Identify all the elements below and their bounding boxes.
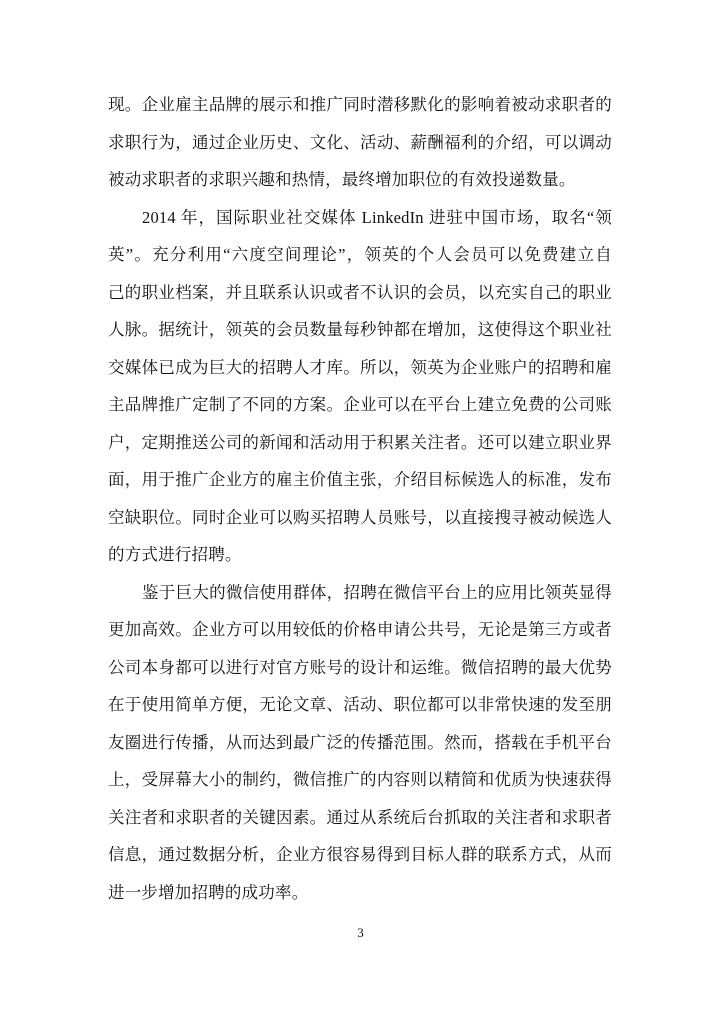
text-line: 空缺职位。同时企业可以购买招聘人员账号，以直接搜寻被动候选人 — [108, 499, 612, 537]
text-line: 2014 年，国际职业社交媒体 LinkedIn 进驻中国市场，取名“领 — [108, 199, 612, 237]
text-line: 现。企业雇主品牌的展示和推广同时潜移默化的影响着被动求职者的 — [108, 86, 612, 124]
text-line: 主品牌推广定制了不同的方案。企业可以在平台上建立免费的公司账 — [108, 386, 612, 424]
text-line: 的方式进行招聘。 — [108, 536, 612, 574]
text-line: 英”。充分利用“六度空间理论”，领英的个人会员可以免费建立自 — [108, 236, 612, 274]
text-line: 上，受屏幕大小的制约，微信推广的内容则以精简和优质为快速获得 — [108, 761, 612, 799]
page-number: 3 — [0, 924, 721, 942]
text-line: 更加高效。企业方可以用较低的价格申请公共号，无论是第三方或者 — [108, 611, 612, 649]
text-line: 面，用于推广企业方的雇主价值主张，介绍目标候选人的标准，发布 — [108, 461, 612, 499]
text-line: 关注者和求职者的关键因素。通过从系统后台抓取的关注者和求职者 — [108, 799, 612, 837]
text-line: 户，定期推送公司的新闻和活动用于积累关注者。还可以建立职业界 — [108, 424, 612, 462]
text-line: 人脉。据统计，领英的会员数量每秒钟都在增加，这使得这个职业社 — [108, 311, 612, 349]
text-line: 被动求职者的求职兴趣和热情，最终增加职位的有效投递数量。 — [108, 161, 612, 199]
text-line: 进一步增加招聘的成功率。 — [108, 874, 612, 912]
text-line: 鉴于巨大的微信使用群体，招聘在微信平台上的应用比领英显得 — [108, 574, 612, 612]
text-line: 友圈进行传播，从而达到最广泛的传播范围。然而，搭载在手机平台 — [108, 724, 612, 762]
text-line: 求职行为，通过企业历史、文化、活动、薪酬福利的介绍，可以调动 — [108, 124, 612, 162]
document-body: 现。企业雇主品牌的展示和推广同时潜移默化的影响着被动求职者的求职行为，通过企业历… — [108, 86, 612, 911]
text-line: 信息，通过数据分析，企业方很容易得到目标人群的联系方式，从而 — [108, 836, 612, 874]
text-line: 在于使用简单方便，无论文章、活动、职位都可以非常快速的发至朋 — [108, 686, 612, 724]
document-page: 现。企业雇主品牌的展示和推广同时潜移默化的影响着被动求职者的求职行为，通过企业历… — [0, 0, 721, 1020]
text-line: 己的职业档案，并且联系认识或者不认识的会员，以充实自己的职业 — [108, 274, 612, 312]
text-line: 公司本身都可以进行对官方账号的设计和运维。微信招聘的最大优势 — [108, 649, 612, 687]
text-line: 交媒体已成为巨大的招聘人才库。所以，领英为企业账户的招聘和雇 — [108, 349, 612, 387]
